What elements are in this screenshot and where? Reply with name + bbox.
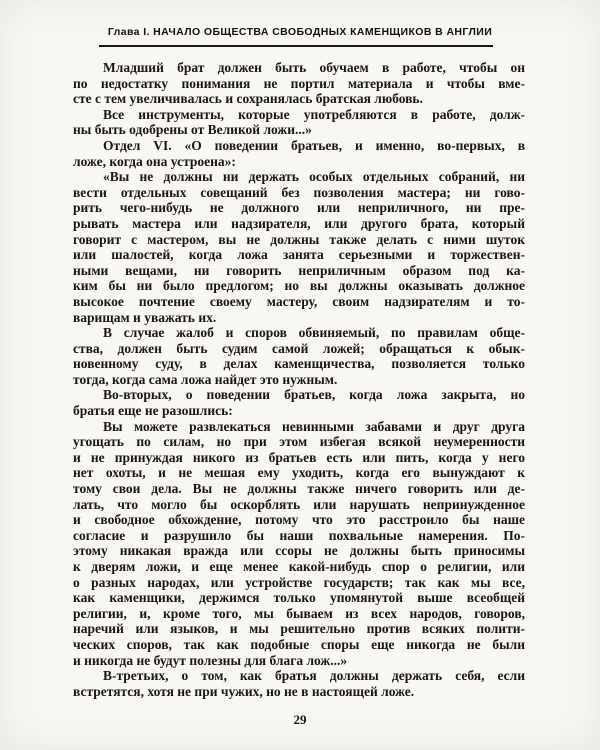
text-line: сте с тем увеличивалась и сохранялась бр… [73, 91, 525, 107]
text-line: этому никакая вражда или ссоры не должны… [73, 543, 525, 559]
text-line: Младший брат должен быть обучаем в работ… [73, 60, 525, 76]
text-line: и никогда не будут полезны для блага лож… [73, 653, 525, 669]
text-line: тогда, когда сама ложа найдет это нужным… [73, 372, 525, 388]
text-line: ными вещами, ни говорить неприличным обр… [73, 263, 525, 279]
text-line: по недостатку понимания не портил матери… [73, 76, 525, 92]
page-number: 29 [294, 712, 307, 727]
text-line: ким бы ни было предлогом; но вы должны о… [73, 278, 525, 294]
text-line: ческих споров, так как подобные споры ещ… [73, 637, 525, 653]
book-page: Глава I. НАЧАЛО ОБЩЕСТВА СВОБОДНЫХ КАМЕН… [0, 0, 600, 750]
text-line: варищам и уважать их. [73, 310, 525, 326]
text-line: как каменщики, держимся только упомянуто… [73, 590, 525, 606]
text-line: новенному суду, в делах каменщичества, п… [73, 356, 525, 372]
page-body: Младший брат должен быть обучаем в работ… [73, 60, 525, 699]
text-line: наречий или языков, и мы решительно прот… [73, 621, 525, 637]
text-line: ложе, когда она устроена»: [73, 154, 525, 170]
text-line: о разных народах, или устройстве государ… [73, 575, 525, 591]
text-line: Все инструменты, которые употребляются в… [73, 107, 525, 123]
text-line: говорит с мастером, вы не должны также д… [73, 232, 525, 248]
text-line: вести отдельных совещаний без позволения… [73, 185, 525, 201]
text-line: религии, и, кроме того, мы бываем из все… [73, 606, 525, 622]
text-line: «Вы не должны ни держать особых отдельны… [73, 169, 525, 185]
text-line: встретятся, хотя не при чужих, но не в н… [73, 684, 525, 700]
text-line: лать, что могло бы оскорблять или наруша… [73, 497, 525, 513]
text-line: высокое почтение своему мастеру, своим н… [73, 294, 525, 310]
text-line: Отдел VI. «О поведении братьев, и именно… [73, 138, 525, 154]
text-line: тому свои дела. Вы не должны также ничег… [73, 481, 525, 497]
text-line: или шалостей, когда ложа занята серьезны… [73, 247, 525, 263]
page-footer: 29 [74, 712, 526, 728]
header-rule [99, 45, 493, 47]
chapter-header: Глава I. НАЧАЛО ОБЩЕСТВА СВОБОДНЫХ КАМЕН… [74, 26, 526, 38]
text-line: и свободное обхождение, потому что это р… [73, 512, 525, 528]
text-line: братья еще не разошлись: [73, 403, 525, 419]
text-line: согласие и разрушило бы наши похвальные … [73, 528, 525, 544]
text-line: угощать по силам, но при этом избегая вс… [73, 434, 525, 450]
text-line: Вы можете развлекаться невинными забавам… [73, 419, 525, 435]
text-line: и не принуждая никого из братьев есть ил… [73, 450, 525, 466]
text-line: Во-вторых, о поведении братьев, когда ло… [73, 387, 525, 403]
text-line: В-третьих, о том, как братья должны держ… [73, 668, 525, 684]
text-line: нет охоты, и не мешая ему уходить, когда… [73, 465, 525, 481]
text-line: к дверям ложи, и еще менее какой-нибудь … [73, 559, 525, 575]
text-line: рывать мастера или надзирателя, или друг… [73, 216, 525, 232]
text-line: ства, должен быть судим самой ложей; обр… [73, 341, 525, 357]
text-line: ны быть одобрены от Великой ложи...» [73, 122, 525, 138]
text-line: В случае жалоб и споров обвиняемый, по п… [73, 325, 525, 341]
text-line: рить чего-нибудь не должного или неприли… [73, 200, 525, 216]
